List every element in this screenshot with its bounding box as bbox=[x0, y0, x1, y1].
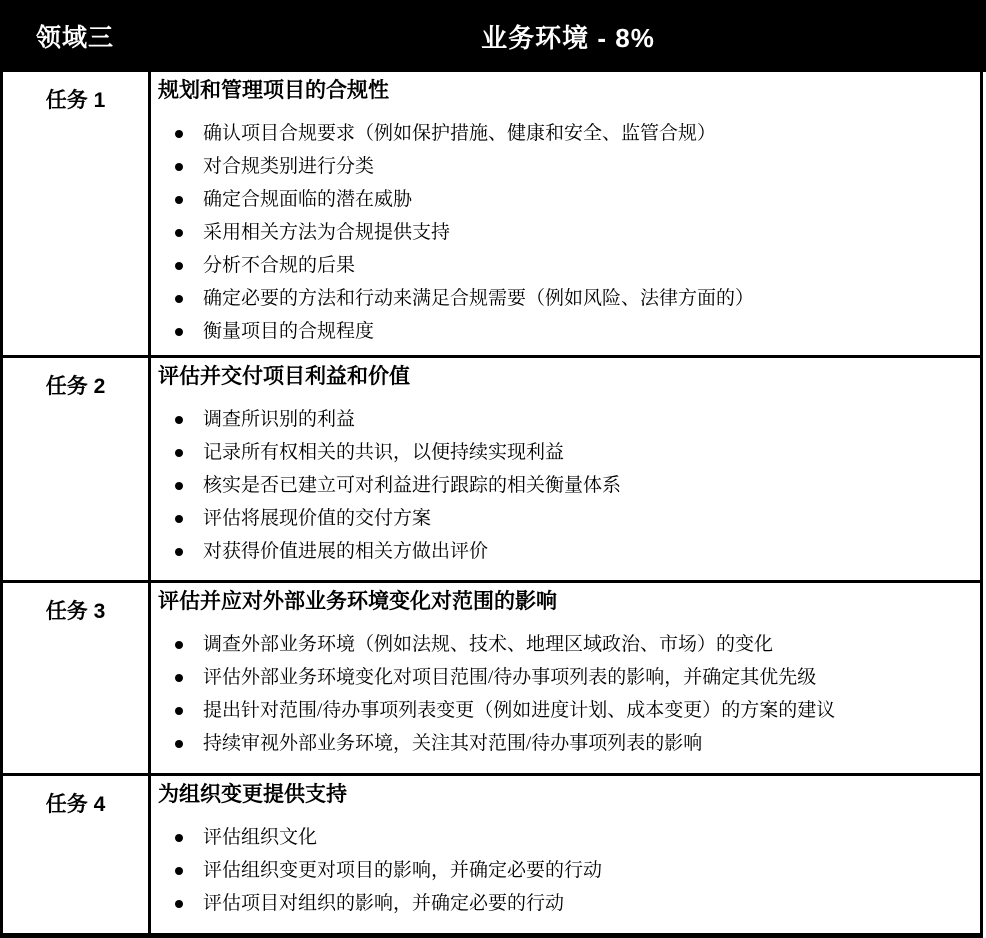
task-label: 任务 2 bbox=[46, 375, 106, 398]
task-bullet: 分析不合规的后果 bbox=[158, 249, 968, 282]
task-cell: 任务 4 bbox=[3, 776, 151, 938]
bullet-text: 采用相关方法为合规提供支持 bbox=[203, 222, 450, 243]
task-cell: 任务 1 bbox=[3, 72, 151, 355]
bullet-icon bbox=[175, 416, 183, 424]
table-row: 任务 4为组织变更提供支持评估组织文化评估组织变更对项目的影响，并确定必要的行动… bbox=[3, 776, 980, 938]
task-bullet: 核实是否已建立可对利益进行跟踪的相关衡量体系 bbox=[158, 469, 968, 502]
bullet-text: 记录所有权相关的共识，以便持续实现利益 bbox=[203, 442, 564, 463]
task-bullet-list: 确认项目合规要求（例如保护措施、健康和安全、监管合规）对合规类别进行分类确定合规… bbox=[158, 117, 968, 348]
bullet-icon bbox=[175, 867, 183, 875]
bullet-text: 持续审视外部业务环境，关注其对范围/待办事项列表的影响 bbox=[203, 733, 702, 754]
bullet-icon bbox=[175, 900, 183, 908]
task-title: 评估并交付项目利益和价值 bbox=[158, 363, 968, 391]
task-bullet-list: 调查外部业务环境（例如法规、技术、地理区域政治、市场）的变化评估外部业务环境变化… bbox=[158, 628, 968, 760]
task-bullet: 评估组织变更对项目的影响，并确定必要的行动 bbox=[158, 854, 968, 887]
table-row: 任务 2评估并交付项目利益和价值调查所识别的利益记录所有权相关的共识，以便持续实… bbox=[3, 358, 980, 583]
table-row: 任务 3评估并应对外部业务环境变化对范围的影响调查外部业务环境（例如法规、技术、… bbox=[3, 583, 980, 776]
task-cell: 任务 3 bbox=[3, 583, 151, 773]
bullet-text: 调查所识别的利益 bbox=[203, 409, 355, 430]
task-bullet-list: 调查所识别的利益记录所有权相关的共识，以便持续实现利益核实是否已建立可对利益进行… bbox=[158, 403, 968, 568]
task-bullet: 调查所识别的利益 bbox=[158, 403, 968, 436]
bullet-icon bbox=[175, 707, 183, 715]
bullet-text: 评估将展现价值的交付方案 bbox=[203, 508, 431, 529]
bullet-text: 评估组织文化 bbox=[203, 827, 317, 848]
bullet-text: 评估外部业务环境变化对项目范围/待办事项列表的影响，并确定其优先级 bbox=[203, 667, 816, 688]
bullet-icon bbox=[175, 641, 183, 649]
bullet-icon bbox=[175, 196, 183, 204]
task-bullet: 采用相关方法为合规提供支持 bbox=[158, 216, 968, 249]
domain-label: 领域三 bbox=[0, 0, 150, 72]
bullet-text: 调查外部业务环境（例如法规、技术、地理区域政治、市场）的变化 bbox=[203, 634, 773, 655]
bullet-icon bbox=[175, 548, 183, 556]
bullet-text: 提出针对范围/待办事项列表变更（例如进度计划、成本变更）的方案的建议 bbox=[203, 700, 835, 721]
bullet-icon bbox=[175, 674, 183, 682]
task-bullet: 对合规类别进行分类 bbox=[158, 150, 968, 183]
task-bullet: 评估项目对组织的影响，并确定必要的行动 bbox=[158, 887, 968, 920]
task-title: 为组织变更提供支持 bbox=[158, 781, 968, 809]
task-bullet: 记录所有权相关的共识，以便持续实现利益 bbox=[158, 436, 968, 469]
task-bullet: 持续审视外部业务环境，关注其对范围/待办事项列表的影响 bbox=[158, 727, 968, 760]
task-title: 规划和管理项目的合规性 bbox=[158, 77, 968, 105]
bullet-text: 衡量项目的合规程度 bbox=[203, 321, 374, 342]
task-bullet: 调查外部业务环境（例如法规、技术、地理区域政治、市场）的变化 bbox=[158, 628, 968, 661]
task-bullet: 评估外部业务环境变化对项目范围/待办事项列表的影响，并确定其优先级 bbox=[158, 661, 968, 694]
task-label: 任务 1 bbox=[46, 89, 106, 112]
bullet-icon bbox=[175, 834, 183, 842]
domain-header: 领域三 业务环境 - 8% bbox=[0, 0, 986, 72]
task-table: 任务 1规划和管理项目的合规性确认项目合规要求（例如保护措施、健康和安全、监管合… bbox=[0, 72, 983, 938]
task-detail-cell: 评估并交付项目利益和价值调查所识别的利益记录所有权相关的共识，以便持续实现利益核… bbox=[151, 358, 980, 580]
task-title: 评估并应对外部业务环境变化对范围的影响 bbox=[158, 588, 968, 616]
bullet-icon bbox=[175, 740, 183, 748]
task-bullet: 评估将展现价值的交付方案 bbox=[158, 502, 968, 535]
task-detail-cell: 规划和管理项目的合规性确认项目合规要求（例如保护措施、健康和安全、监管合规）对合… bbox=[151, 72, 980, 355]
bullet-icon bbox=[175, 229, 183, 237]
bullet-text: 确定必要的方法和行动来满足合规需要（例如风险、法律方面的） bbox=[203, 288, 754, 309]
task-detail-cell: 为组织变更提供支持评估组织文化评估组织变更对项目的影响，并确定必要的行动评估项目… bbox=[151, 776, 980, 938]
task-bullet: 确定必要的方法和行动来满足合规需要（例如风险、法律方面的） bbox=[158, 282, 968, 315]
table-row: 任务 1规划和管理项目的合规性确认项目合规要求（例如保护措施、健康和安全、监管合… bbox=[3, 72, 980, 358]
domain-title: 业务环境 - 8% bbox=[150, 0, 986, 72]
bullet-icon bbox=[175, 163, 183, 171]
task-bullet: 衡量项目的合规程度 bbox=[158, 315, 968, 348]
bullet-icon bbox=[175, 482, 183, 490]
bullet-text: 确认项目合规要求（例如保护措施、健康和安全、监管合规） bbox=[203, 123, 716, 144]
bullet-icon bbox=[175, 449, 183, 457]
task-bullet: 确定合规面临的潜在威胁 bbox=[158, 183, 968, 216]
document-page: 领域三 业务环境 - 8% 任务 1规划和管理项目的合规性确认项目合规要求（例如… bbox=[0, 0, 986, 938]
bullet-text: 对获得价值进展的相关方做出评价 bbox=[203, 541, 488, 562]
task-bullet: 对获得价值进展的相关方做出评价 bbox=[158, 535, 968, 568]
task-label: 任务 3 bbox=[46, 600, 106, 623]
bullet-text: 对合规类别进行分类 bbox=[203, 156, 374, 177]
bullet-text: 核实是否已建立可对利益进行跟踪的相关衡量体系 bbox=[203, 475, 621, 496]
bullet-icon bbox=[175, 295, 183, 303]
bullet-text: 确定合规面临的潜在威胁 bbox=[203, 189, 412, 210]
bullet-icon bbox=[175, 130, 183, 138]
bullet-text: 分析不合规的后果 bbox=[203, 255, 355, 276]
bullet-text: 评估组织变更对项目的影响，并确定必要的行动 bbox=[203, 860, 602, 881]
task-bullet: 确认项目合规要求（例如保护措施、健康和安全、监管合规） bbox=[158, 117, 968, 150]
task-cell: 任务 2 bbox=[3, 358, 151, 580]
bullet-icon bbox=[175, 515, 183, 523]
task-bullet: 提出针对范围/待办事项列表变更（例如进度计划、成本变更）的方案的建议 bbox=[158, 694, 968, 727]
task-bullet: 评估组织文化 bbox=[158, 821, 968, 854]
task-label: 任务 4 bbox=[46, 793, 106, 816]
bullet-icon bbox=[175, 328, 183, 336]
task-detail-cell: 评估并应对外部业务环境变化对范围的影响调查外部业务环境（例如法规、技术、地理区域… bbox=[151, 583, 980, 773]
bullet-icon bbox=[175, 262, 183, 270]
bullet-text: 评估项目对组织的影响，并确定必要的行动 bbox=[203, 893, 564, 914]
task-bullet-list: 评估组织文化评估组织变更对项目的影响，并确定必要的行动评估项目对组织的影响，并确… bbox=[158, 821, 968, 920]
